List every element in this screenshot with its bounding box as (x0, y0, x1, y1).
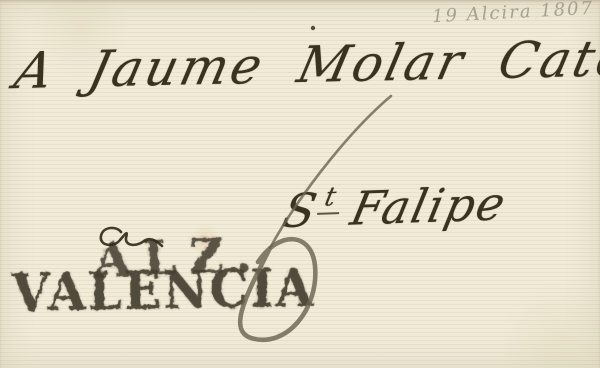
postmark-province: VALENCIA (12, 263, 316, 320)
address-line: A Jaume Molar Catola (9, 28, 600, 100)
destination-line: StFalipe (278, 176, 512, 238)
rate-mark-value: 6 (0, 0, 1, 1)
ink-dot (311, 26, 315, 30)
letter-cover: 19 Alcira 1807 A Jaume Molar Catola StFa… (0, 0, 600, 368)
destination-name: Falipe (346, 176, 512, 236)
destination-prefix: S (278, 183, 323, 239)
pencil-annotation: 19 Alcira 1807 (432, 0, 595, 27)
